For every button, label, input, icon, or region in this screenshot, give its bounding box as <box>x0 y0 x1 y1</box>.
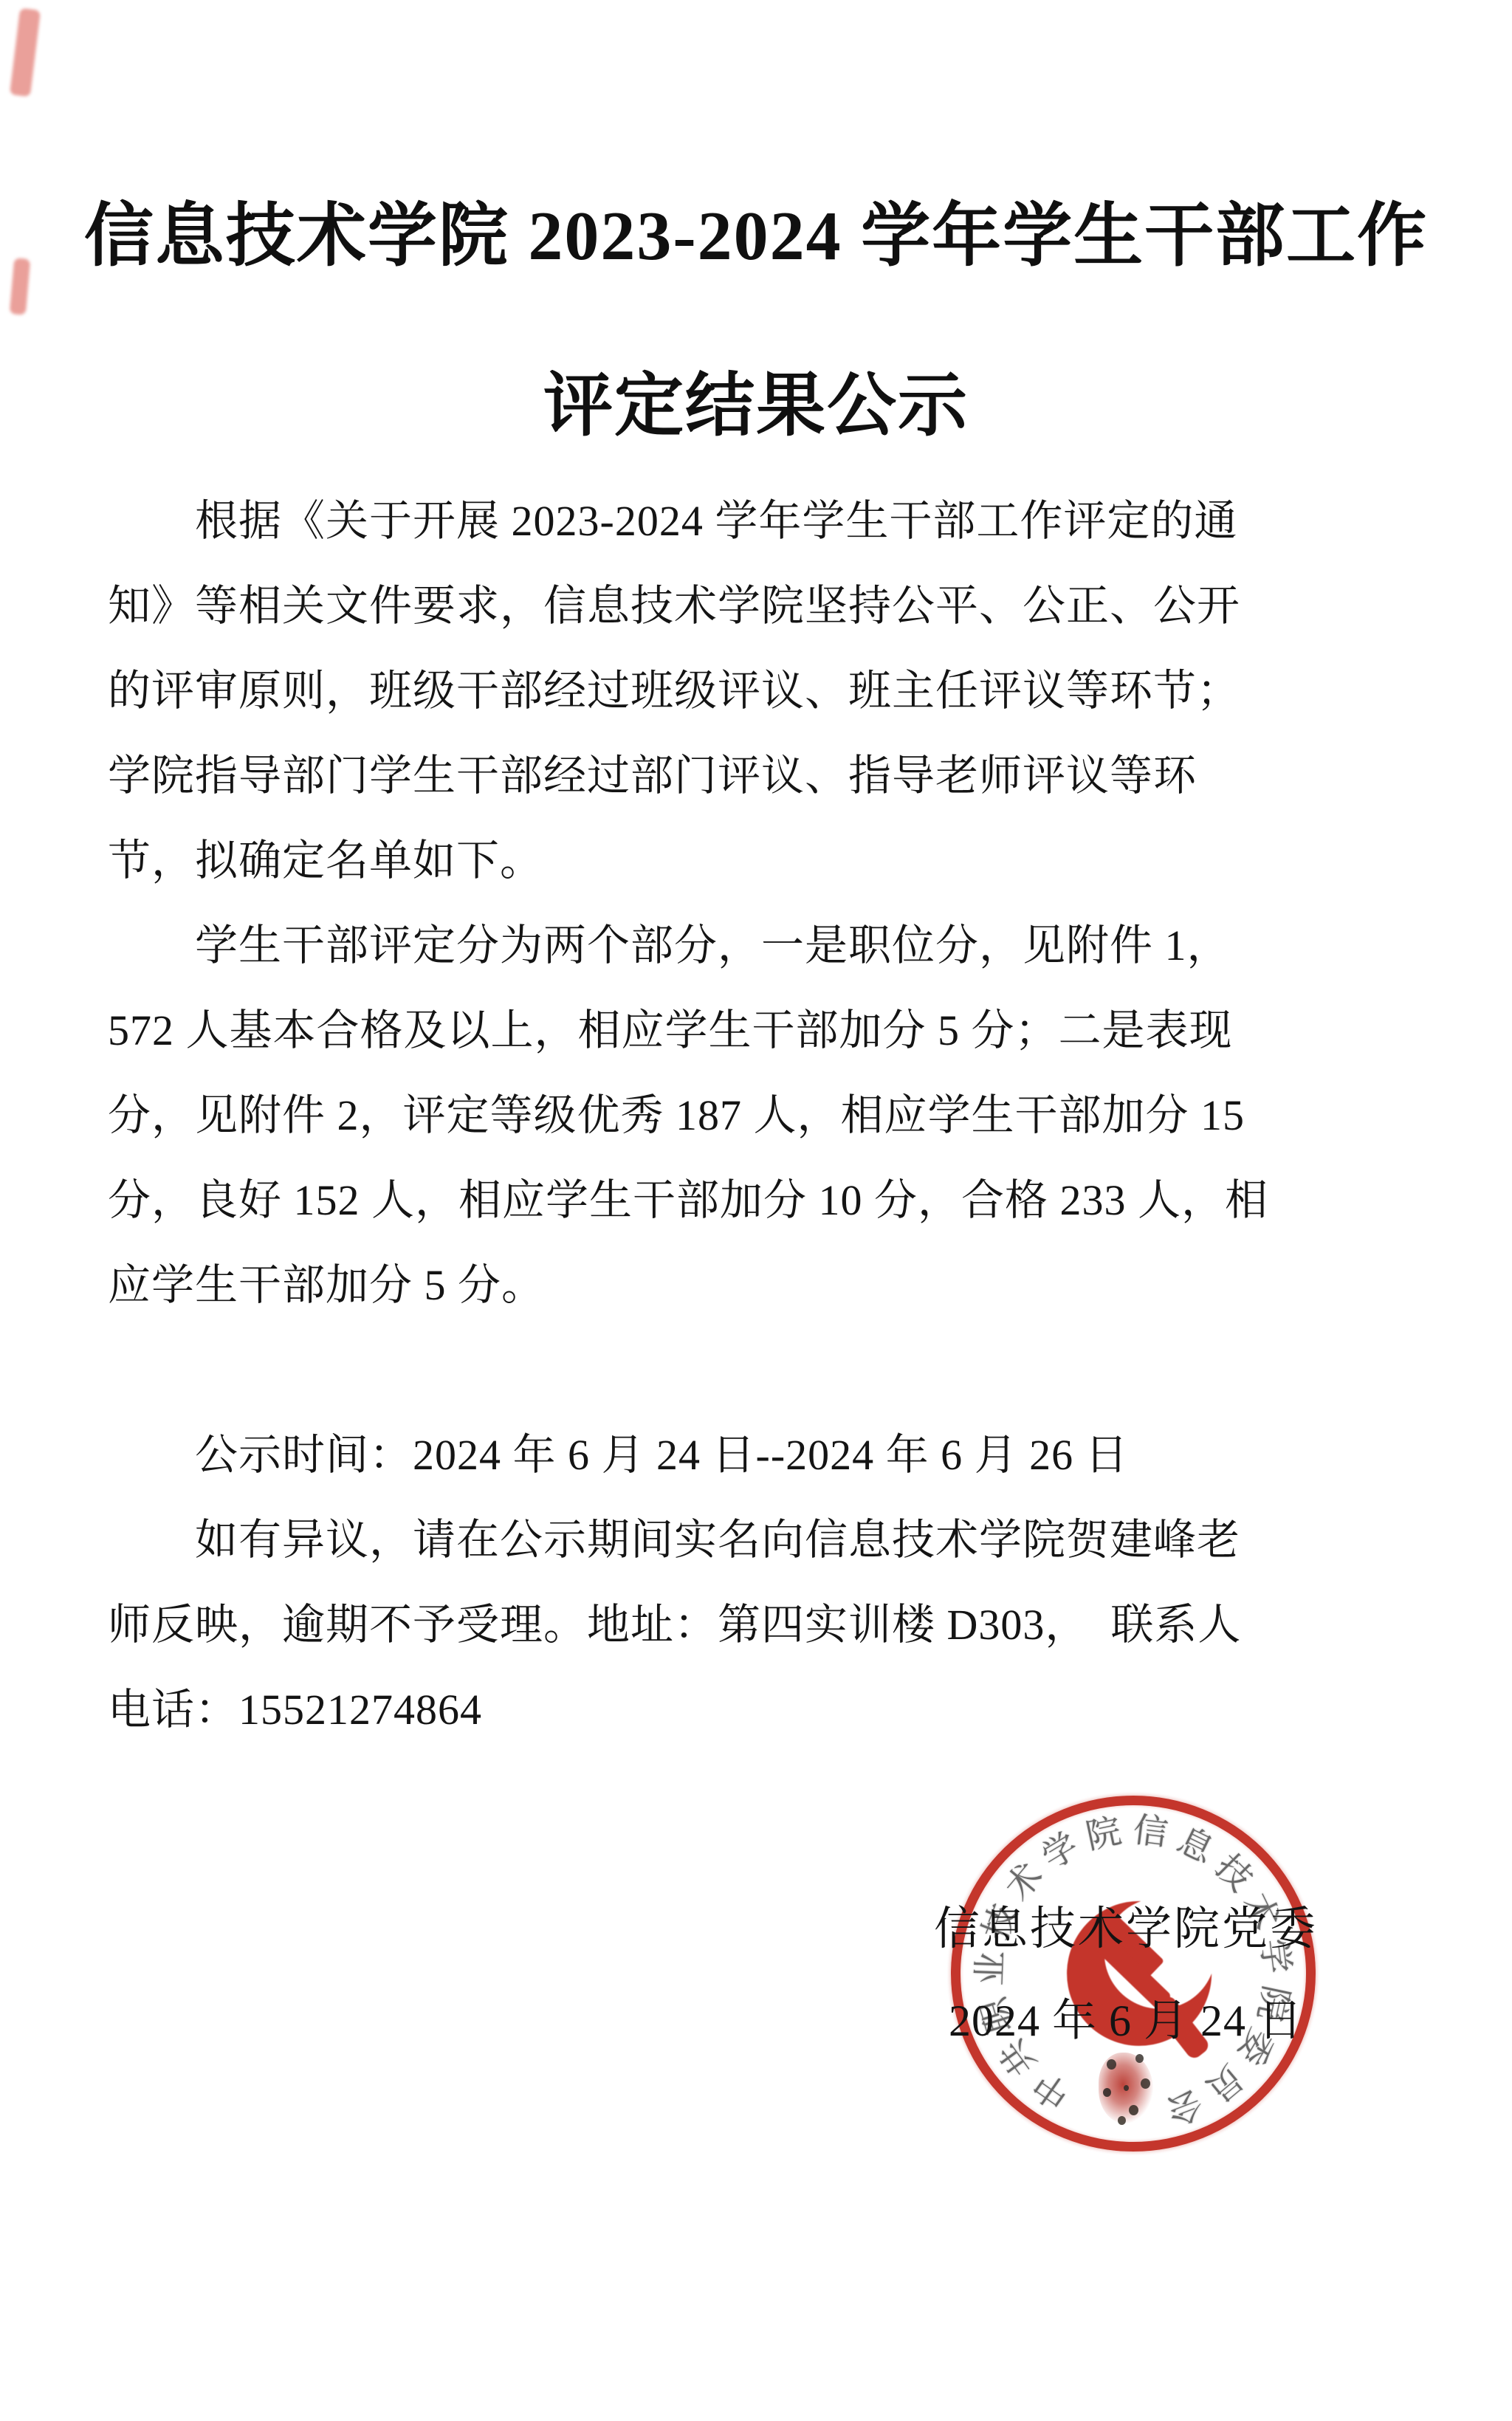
body-line-address: 师反映，逾期不予受理。地址：第四实训楼 D303， 联系人 <box>108 1584 1412 1669</box>
document-body: 根据《关于开展 2023-2024 学年学生干部工作评定的通 知》等相关文件要求… <box>108 480 1412 1754</box>
body-line: 根据《关于开展 2023-2024 学年学生干部工作评定的通 <box>108 480 1412 565</box>
body-line-publicity-period: 公示时间：2024 年 6 月 24 日--2024 年 6 月 26 日 <box>108 1414 1412 1499</box>
body-line: 知》等相关文件要求，信息技术学院坚持公平、公正、公开 <box>108 565 1412 650</box>
body-line: 的评审原则，班级干部经过班级评议、班主任评议等环节； <box>108 650 1412 735</box>
body-line: 572 人基本合格及以上，相应学生干部加分 5 分；二是表现 <box>108 989 1412 1074</box>
signature-org: 信息技术学院党委 <box>919 1892 1333 1957</box>
signature-block: 信息技术学院党委 2024 年 6 月 24 日 <box>919 1892 1333 2049</box>
body-line: 节，拟确定名单如下。 <box>108 820 1412 904</box>
red-scan-artifact <box>10 8 41 97</box>
seal-ink-smudge <box>1099 2053 1153 2123</box>
document-title-line2: 评定结果公示 <box>0 349 1512 449</box>
body-line: 学院指导部门学生干部经过部门评议、指导老师评议等环 <box>108 735 1412 820</box>
document-title-line1: 信息技术学院 2023-2024 学年学生干部工作 <box>0 179 1512 279</box>
announcement-page: 信息技术学院 2023-2024 学年学生干部工作 评定结果公示 根据《关于开展… <box>0 0 1512 2421</box>
seal-ring-char: 信 <box>1131 1802 1172 1855</box>
body-line: 如有异议，请在公示期间实名向信息技术学院贺建峰老 <box>108 1499 1412 1584</box>
body-line: 分，良好 152 人，相应学生干部加分 10 分，合格 233 人，相 <box>108 1159 1412 1244</box>
body-line: 应学生干部加分 5 分。 <box>108 1244 1412 1329</box>
body-line-phone: 电话：15521274864 <box>108 1669 1412 1754</box>
body-line: 学生干部评定分为两个部分，一是职位分，见附件 1， <box>108 904 1412 989</box>
body-line: 分，见附件 2，评定等级优秀 187 人，相应学生干部加分 15 <box>108 1074 1412 1159</box>
body-line-blank <box>108 1329 1412 1414</box>
signature-date: 2024 年 6 月 24 日 <box>919 1985 1333 2049</box>
